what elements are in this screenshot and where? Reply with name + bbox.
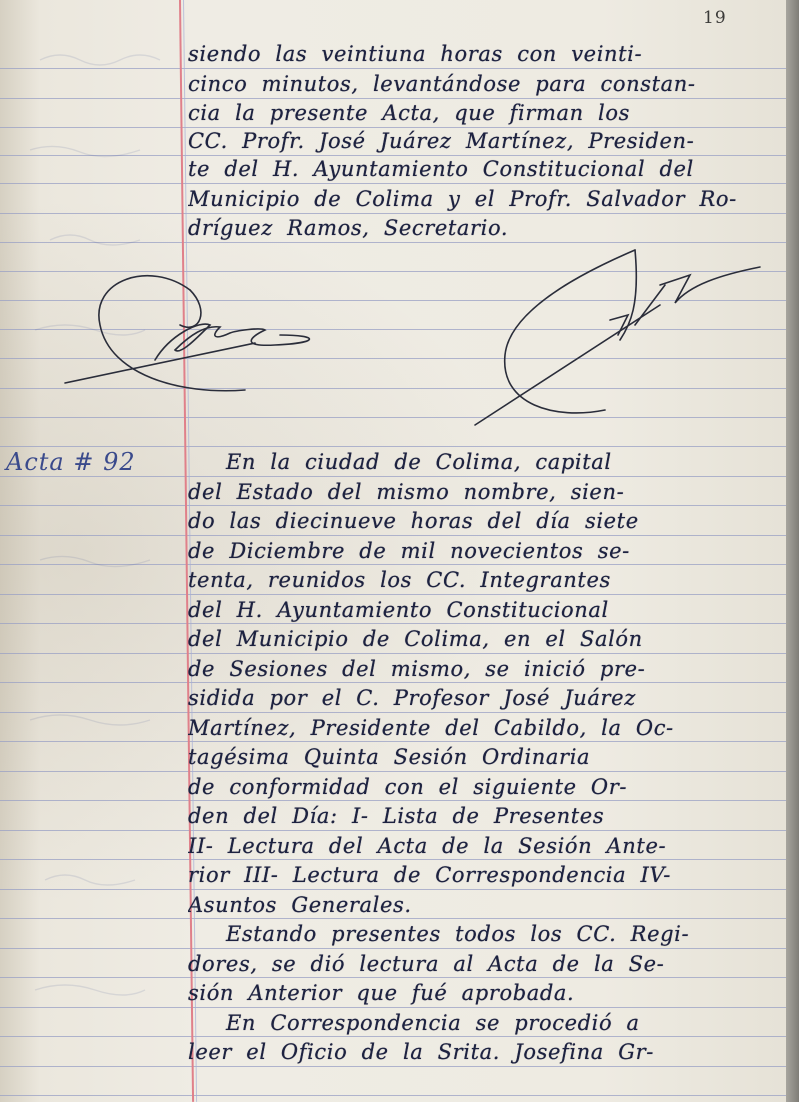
signature-president bbox=[60, 265, 320, 395]
text-line: del H. Ayuntamiento Constitucional bbox=[188, 598, 768, 628]
text-line: tenta, reunidos los CC. Integrantes bbox=[188, 568, 768, 598]
text-line: CC. Profr. José Juárez Martínez, Preside… bbox=[188, 129, 768, 159]
acta-number-note: Acta # 92 bbox=[6, 448, 136, 476]
notebook-page: 19 siendo las veintiuna horas con veinti… bbox=[0, 0, 786, 1102]
text-line: do las diecinueve horas del día siete bbox=[188, 509, 768, 539]
text-line: del Municipio de Colima, en el Salón bbox=[188, 627, 768, 657]
text-line: de Sesiones del mismo, se inició pre- bbox=[188, 657, 768, 687]
page-number: 19 bbox=[703, 8, 727, 28]
text-line: dores, se dió lectura al Acta de la Se- bbox=[188, 952, 768, 982]
text-line: te del H. Ayuntamiento Constitucional de… bbox=[188, 157, 768, 187]
bleed-through-texture bbox=[20, 0, 170, 1102]
text-line: II- Lectura del Acta de la Sesión Ante- bbox=[188, 834, 768, 864]
text-line: cia la presente Acta, que firman los bbox=[188, 101, 768, 131]
text-line: En la ciudad de Colima, capital bbox=[188, 450, 768, 480]
signature-secretary bbox=[460, 245, 780, 435]
text-line: rior III- Lectura de Correspondencia IV- bbox=[188, 863, 768, 893]
text-line: de conformidad con el siguiente Or- bbox=[188, 775, 768, 805]
text-line: En Correspondencia se procedió a bbox=[188, 1011, 768, 1041]
text-line: del Estado del mismo nombre, sien- bbox=[188, 480, 768, 510]
text-line: de Diciembre de mil novecientos se- bbox=[188, 539, 768, 569]
text-line: Martínez, Presidente del Cabildo, la Oc- bbox=[188, 716, 768, 746]
text-line: den del Día: I- Lista de Presentes bbox=[188, 804, 768, 834]
text-line: sión Anterior que fué aprobada. bbox=[188, 981, 768, 1011]
text-line: sidida por el C. Profesor José Juárez bbox=[188, 686, 768, 716]
text-line: Asuntos Generales. bbox=[188, 893, 768, 923]
text-line: Municipio de Colima y el Profr. Salvador… bbox=[188, 187, 768, 217]
text-line: cinco minutos, levantándose para constan… bbox=[188, 72, 768, 102]
page-edge-shadow bbox=[786, 0, 799, 1102]
text-line: siendo las veintiuna horas con veinti- bbox=[188, 42, 768, 72]
text-line: leer el Oficio de la Srita. Josefina Gr- bbox=[188, 1040, 768, 1070]
text-line: tagésima Quinta Sesión Ordinaria bbox=[188, 745, 768, 775]
text-line: dríguez Ramos, Secretario. bbox=[188, 216, 768, 246]
text-line: Estando presentes todos los CC. Regi- bbox=[188, 922, 768, 952]
